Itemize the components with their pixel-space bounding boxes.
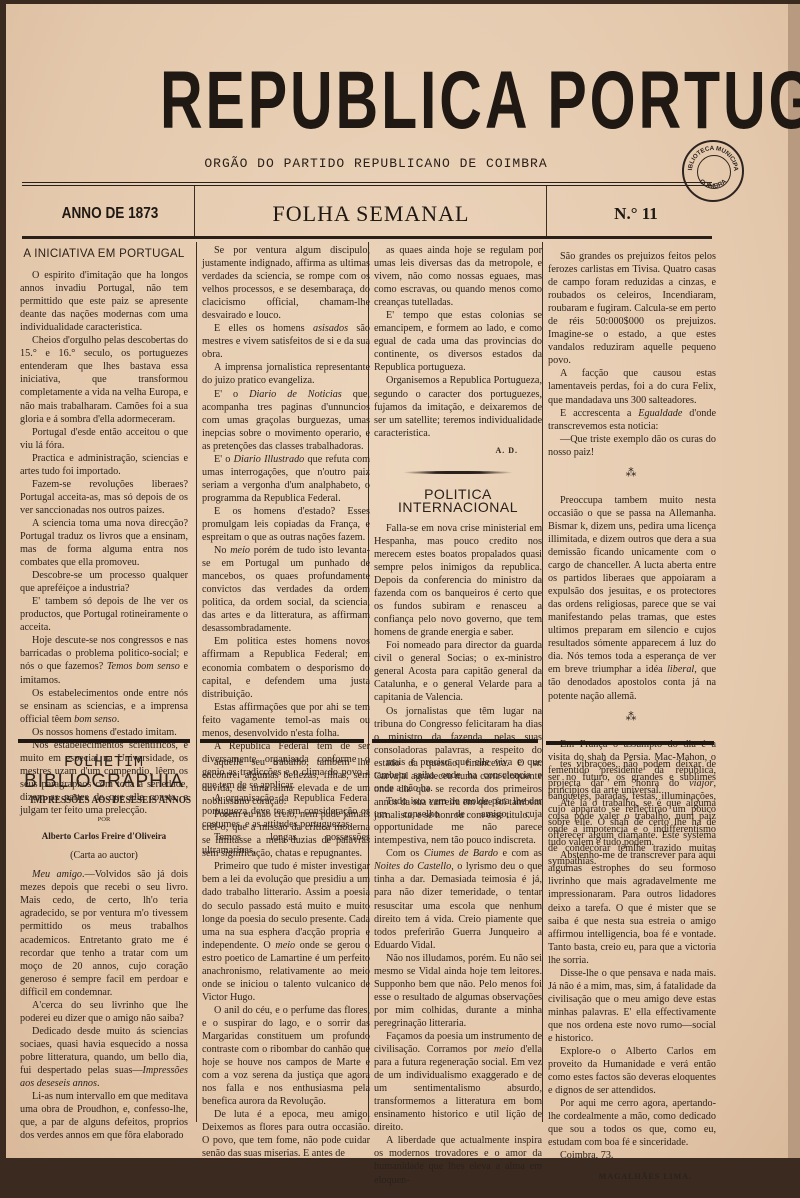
paragraph: Descobre-se um processo qualquer que apr… <box>20 569 188 595</box>
newspaper-page: REPUBLICA PORTUGUEZA ORGÃO DO PARTIDO RE… <box>6 4 800 1158</box>
header-rule-top-2 <box>22 185 712 186</box>
library-stamp: BIBLIOTECA MUNICIPAL COIMBRA <box>682 140 744 202</box>
asterism-divider: ⁂ <box>548 467 716 480</box>
paragraph: Não nos illudamos, porém. Eu não sei mes… <box>374 952 542 1030</box>
paragraph: Foi nomeado para director da guarda civi… <box>374 639 542 704</box>
header-divider-1 <box>194 186 195 236</box>
paragraph: aquelle seu trabalho, tambem lhe encontr… <box>202 756 370 808</box>
paragraph: Façamos da poesia um instrumento de civi… <box>374 1030 542 1134</box>
paragraph: Falla-se em nova crise ministerial em He… <box>374 522 542 639</box>
paragraph: Os nossos homens d'estado imitam. <box>20 726 188 739</box>
paragraph: Fazem-se revoluções liberaes? Portugal a… <box>20 478 188 517</box>
paragraph: São grandes os prejuizos feitos pelos fe… <box>548 250 716 367</box>
folhetim-rule-1 <box>18 739 190 743</box>
masthead-subtitle: ORGÃO DO PARTIDO REPUBLICANO DE COIMBRA <box>146 156 606 171</box>
paragraph: Portugal d'esde então acceitou o que viu… <box>20 426 188 452</box>
letter-note: (Carta ao auctor) <box>20 849 188 862</box>
paragraph: tes vibrações, não podem deixar de ser n… <box>548 758 716 797</box>
year-label: ANNO DE 1873 <box>42 194 178 234</box>
paragraph: O anil do céu, e o perfume das flores, e… <box>202 1004 370 1108</box>
folhetim-col-1: FOLHETIM BIBLIOGRAPHIA IMPRESSÕES AOS DE… <box>20 752 188 1142</box>
paragraph: Se por ventura algum discipulo, justamen… <box>202 244 370 322</box>
column-divider-3 <box>542 242 543 1122</box>
folhetim-rule-4 <box>546 741 714 745</box>
folhetim-rule-3 <box>372 739 538 743</box>
asterism-divider-2: ⁂ <box>548 711 716 724</box>
paragraph: A'cerca do seu livrinho que lhe poderei … <box>20 999 188 1025</box>
paragraph: Li-as num intervallo em que meditava uma… <box>20 1090 188 1142</box>
paragraph: Primeiro que tudo é mister investigar be… <box>202 860 370 1004</box>
folhetim-col-2: aquelle seu trabalho, tambem lhe encontr… <box>202 756 370 1158</box>
paragraph: Meu amigo.—Volvidos são já dois mezes de… <box>20 868 188 998</box>
header-rule-bottom <box>22 236 712 239</box>
by-label: POR <box>20 813 188 826</box>
stamp-inner-ring <box>697 155 731 189</box>
paragraph: Em politica estes homens novos affirmam … <box>202 635 370 700</box>
paragraph: as quaes ainda hoje se regulam por umas … <box>374 244 542 309</box>
paragraph: Até lá o trabalho, se é que alguma coisa… <box>548 797 716 849</box>
folhetim-col-4: tes vibrações, não podem deixar de ser n… <box>548 758 716 1158</box>
section-title: BIBLIOGRAPHIA <box>20 775 188 788</box>
paragraph: Porém eu não creio, nem pude jámais crêl… <box>202 808 370 860</box>
paragraph: Organisemos a Republica Portugueza, segu… <box>374 374 542 439</box>
paragraph: E accrescenta a Egualdade d'onde transcr… <box>548 407 716 433</box>
folhetim-label: FOLHETIM <box>20 756 188 769</box>
paragraph: No meio porém de tudo isto levanta-se em… <box>202 544 370 635</box>
paragraph: mais é preciso que elle viva e que tambe… <box>374 756 542 795</box>
paragraph: Tudo isto vem de molde para lhe dar um c… <box>374 795 542 847</box>
paragraph: De luta é a epoca, meu amigo. Deixemos a… <box>202 1108 370 1158</box>
page-edge <box>788 4 800 1158</box>
paragraph: E' tempo que estas colonias se emancipem… <box>374 309 542 374</box>
work-title: IMPRESSÕES AOS DESESEIS ANNOS <box>30 794 178 807</box>
issue-number: N.° 11 <box>551 194 721 234</box>
paragraph: Preoccupa tambem muito nesta occasião o … <box>548 494 716 703</box>
paragraph: A liberdade que actualmente inspira os m… <box>374 1134 542 1158</box>
paragraph: Hoje descute-se nos congressos e nas bar… <box>20 634 188 686</box>
masthead-title: REPUBLICA PORTUGUEZA <box>160 56 592 146</box>
paragraph: O espirito d'imitação que ha longos anno… <box>20 269 188 334</box>
article-signature: A. D. <box>374 444 542 457</box>
paragraph: Com os Ciumes de Bardo e com as Noites d… <box>374 847 542 951</box>
ornamental-divider <box>403 471 513 474</box>
author-name: Alberto Carlos Freire d'Oliveira <box>20 830 188 843</box>
paragraph: Por aqui me cerro agora, apertando-lhe c… <box>548 1097 716 1149</box>
paragraph: —Que triste exemplo dão os curas do noss… <box>548 433 716 459</box>
paragraph: A imprensa jornalistica representante do… <box>202 361 370 387</box>
paragraph: Cheios d'orgulho pelas descobertas do 15… <box>20 334 188 425</box>
paragraph: A facção que causou estas lamentaveis pe… <box>548 367 716 406</box>
paragraph: E' o Diario de Noticias que, acompanha t… <box>202 388 370 453</box>
article-iniciativa: A INICIATIVA EM PORTUGAL O espirito d'im… <box>20 242 188 817</box>
header-divider-2 <box>546 186 547 236</box>
paragraph: Abstenho-me de transcrever para aqui alg… <box>548 849 716 966</box>
article-heading: A INICIATIVA EM PORTUGAL <box>20 248 188 261</box>
paragraph: Dedicado desde muito ás sciencias sociae… <box>20 1025 188 1090</box>
section-heading: POLITICA INTERNACIONAL <box>374 488 542 514</box>
paragraph: E elles os homens asisados são mestres e… <box>202 322 370 361</box>
paragraph: Os estabelecimentos onde entre nós se en… <box>20 687 188 726</box>
paragraph: Disse-lhe o que pensava e nada mais. Já … <box>548 967 716 1045</box>
paragraph: Estas affirmações que por ahi se tem fei… <box>202 701 370 740</box>
column-divider-1 <box>196 242 197 1122</box>
paragraph: E' tambem só depois de lhe ver os produc… <box>20 595 188 634</box>
folhetim-rule-2 <box>200 739 364 743</box>
paragraph: Explore-o o Alberto Carlos em proveito d… <box>548 1045 716 1097</box>
paragraph: Practica e administração, sciencias e ar… <box>20 452 188 478</box>
paragraph: E os homens d'estado? Esses promulgam le… <box>202 505 370 544</box>
dateline: Coimbra, 73. <box>548 1149 716 1158</box>
paragraph: E' o Diario Illustrado que refuta com um… <box>202 453 370 505</box>
article-politica: as quaes ainda hoje se regulam por umas … <box>374 244 542 822</box>
folhetim-col-3: mais é preciso que elle viva e que tambe… <box>374 756 542 1158</box>
header-rule-top <box>22 182 712 183</box>
paragraph: A sciencia toma uma nova direcção? Portu… <box>20 517 188 569</box>
frequency-label: FOLHA SEMANAL <box>196 194 546 234</box>
